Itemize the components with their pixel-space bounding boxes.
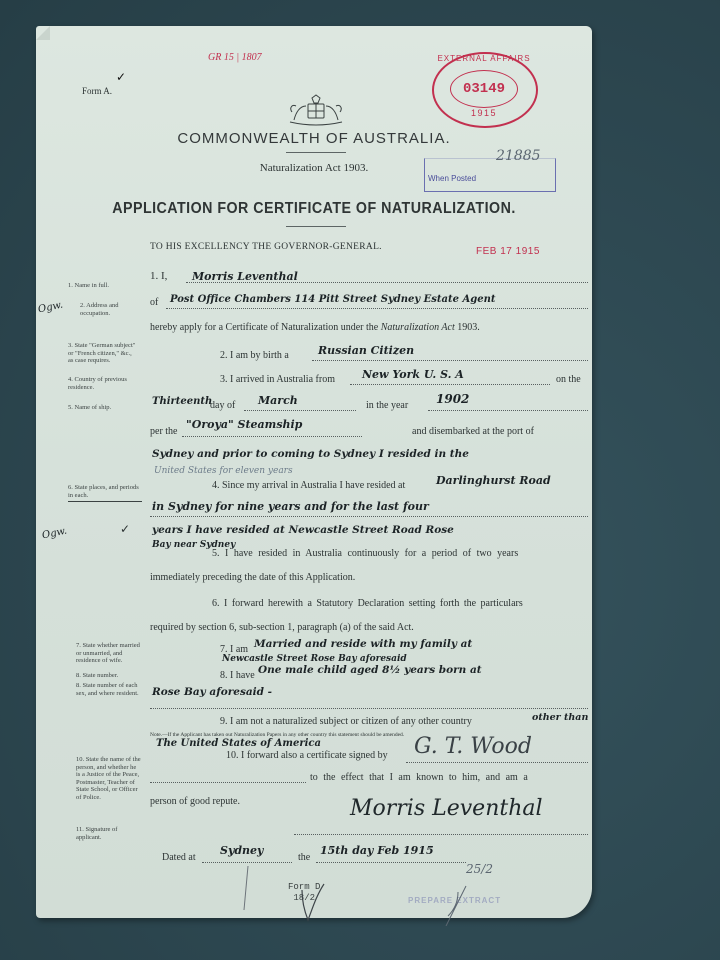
day-of-label: day of xyxy=(210,400,235,411)
para-5-line-1: 5. I have resided in Australia continuou… xyxy=(212,548,518,559)
arrived-from: New York U. S. A xyxy=(362,368,464,381)
pencil-marks xyxy=(226,866,526,926)
certifier-line xyxy=(406,762,588,763)
arrival-month: March xyxy=(258,394,298,407)
stamp-number: 03149 xyxy=(450,70,518,108)
margin-note-7: 7. State whether married or unmarried, a… xyxy=(76,642,142,665)
para-8-label: 8. I have xyxy=(220,670,255,681)
margin-note-8a: 8. State number. xyxy=(76,672,142,680)
para-10-label: 10. I forward also a certificate signed … xyxy=(226,750,388,761)
nationality-line xyxy=(312,360,588,361)
place-line xyxy=(202,862,292,863)
para-5-line-2: immediately preceding the date of this A… xyxy=(150,572,355,583)
stamp-top-text: EXTERNAL AFFAIRS xyxy=(436,54,532,63)
on-the-label: on the xyxy=(556,374,581,385)
residence-dotline xyxy=(150,516,588,517)
margin-note-10: 10. State the name of the person, and wh… xyxy=(76,756,142,801)
year-line xyxy=(428,410,588,411)
certifier-name: G. T. Wood xyxy=(414,734,532,759)
stamp-year: 1915 xyxy=(436,108,532,118)
ship-name: "Oroya" Steamship xyxy=(186,418,302,431)
month-line xyxy=(244,410,356,411)
para-3-label: 3. I arrived in Australia from xyxy=(220,374,335,385)
para-2-label: 2. I am by birth a xyxy=(220,350,289,361)
red-reference-note: GR 15 | 1807 xyxy=(208,52,262,63)
applicant-signature: Morris Leventhal xyxy=(350,796,543,821)
para-10-line-2: to the effect that I am known to him, an… xyxy=(310,772,528,783)
para-6-line-1: 6. I forward herewith a Statutory Declar… xyxy=(212,598,523,609)
form-label: Form A. xyxy=(82,86,112,96)
handwritten-file-number: 21885 xyxy=(496,148,541,164)
arrival-year: 1902 xyxy=(436,392,469,406)
arrival-day: Thirteenth xyxy=(152,396,212,407)
para-9-text: 9. I am not a naturalized subject or cit… xyxy=(220,716,472,727)
check-mark: ✓ xyxy=(120,522,130,537)
main-title: APPLICATION FOR CERTIFICATE OF NATURALIZ… xyxy=(58,200,570,218)
marital-status-line-2: Newcastle Street Rose Bay aforesaid xyxy=(222,654,407,664)
per-the-label: per the xyxy=(150,426,178,437)
para-1-prefix: 1. I, xyxy=(150,270,167,282)
children-line-1: One male child aged 8½ years born at xyxy=(258,664,482,676)
coat-of-arms-icon xyxy=(286,94,346,128)
para-1-label: 1. I, xyxy=(150,270,167,282)
date-line xyxy=(316,862,466,863)
port-and-prior-residence: Sydney and prior to coming to Sydney I r… xyxy=(152,448,469,460)
addressee: TO HIS EXCELLENCY THE GOVERNOR-GENERAL. xyxy=(150,242,382,252)
para-6-line-2: required by section 6, sub-section 1, pa… xyxy=(150,622,414,633)
tick-mark: ✓ xyxy=(116,70,126,85)
residence-line-1: Darlinghurst Road xyxy=(436,474,551,487)
margin-initials: Ogw. xyxy=(41,526,68,542)
para-10-line-3: person of good repute. xyxy=(150,796,240,807)
certifier-title-line xyxy=(150,782,306,783)
address-line xyxy=(166,308,588,309)
received-stamp-label: When Posted xyxy=(428,174,476,183)
the-label: the xyxy=(298,852,310,863)
divider xyxy=(286,152,346,153)
date-received-stamp: FEB 17 1915 xyxy=(476,246,540,257)
margin-note-5: 5. Name of ship. xyxy=(68,404,138,412)
dated-at-label: Dated at xyxy=(162,852,196,863)
prior-residence-detail: United States for eleven years xyxy=(154,466,293,476)
of-label: of xyxy=(150,297,158,308)
children-line-2: Rose Bay aforesaid - xyxy=(152,686,272,698)
nationality: Russian Citizen xyxy=(318,344,414,357)
residence-line-3: years I have resided at Newcastle Street… xyxy=(152,524,454,536)
country-heading: COMMONWEALTH OF AUSTRALIA. xyxy=(36,130,592,147)
margin-note-6: 6. State places, and periods in each. xyxy=(68,484,142,502)
margin-note-4: 4. Country of previous residence. xyxy=(68,376,138,391)
other-country: The United States of America xyxy=(156,738,321,749)
divider xyxy=(286,226,346,227)
margin-initials: Ogw. xyxy=(37,300,64,316)
dated-place: Sydney xyxy=(220,844,263,857)
margin-note-2: 2. Address and occupation. xyxy=(80,302,136,317)
apply-statement: hereby apply for a Certificate of Natura… xyxy=(150,322,480,333)
margin-note-8b: 8. State number of each sex, and where r… xyxy=(76,682,142,697)
in-year-label: in the year xyxy=(366,400,408,411)
address-occupation: Post Office Chambers 114 Pitt Street Syd… xyxy=(170,294,495,305)
dated-date: 15th day Feb 1915 xyxy=(320,844,434,857)
margin-note-1: 1. Name in full. xyxy=(68,282,140,290)
marital-status-line-1: Married and reside with my family at xyxy=(254,638,472,650)
naturalization-application-document: ✓ Form A. GR 15 | 1807 COMMONWEALTH OF A… xyxy=(36,26,592,918)
margin-note-11: 11. Signature of applicant. xyxy=(76,826,142,841)
residence-line-2: in Sydney for nine years and for the las… xyxy=(152,500,429,513)
signature-line xyxy=(294,834,588,835)
para-9-handwritten: other than xyxy=(532,712,588,723)
applicant-name: Morris Leventhal xyxy=(192,270,298,283)
para-4-label: 4. Since my arrival in Australia I have … xyxy=(212,480,405,491)
arrived-from-line xyxy=(350,384,550,385)
ship-line xyxy=(182,436,362,437)
margin-note-3: 3. State "German subject" or "French cit… xyxy=(68,342,138,365)
disembarked-label: and disembarked at the port of xyxy=(412,426,534,437)
children-dotline xyxy=(150,708,588,709)
